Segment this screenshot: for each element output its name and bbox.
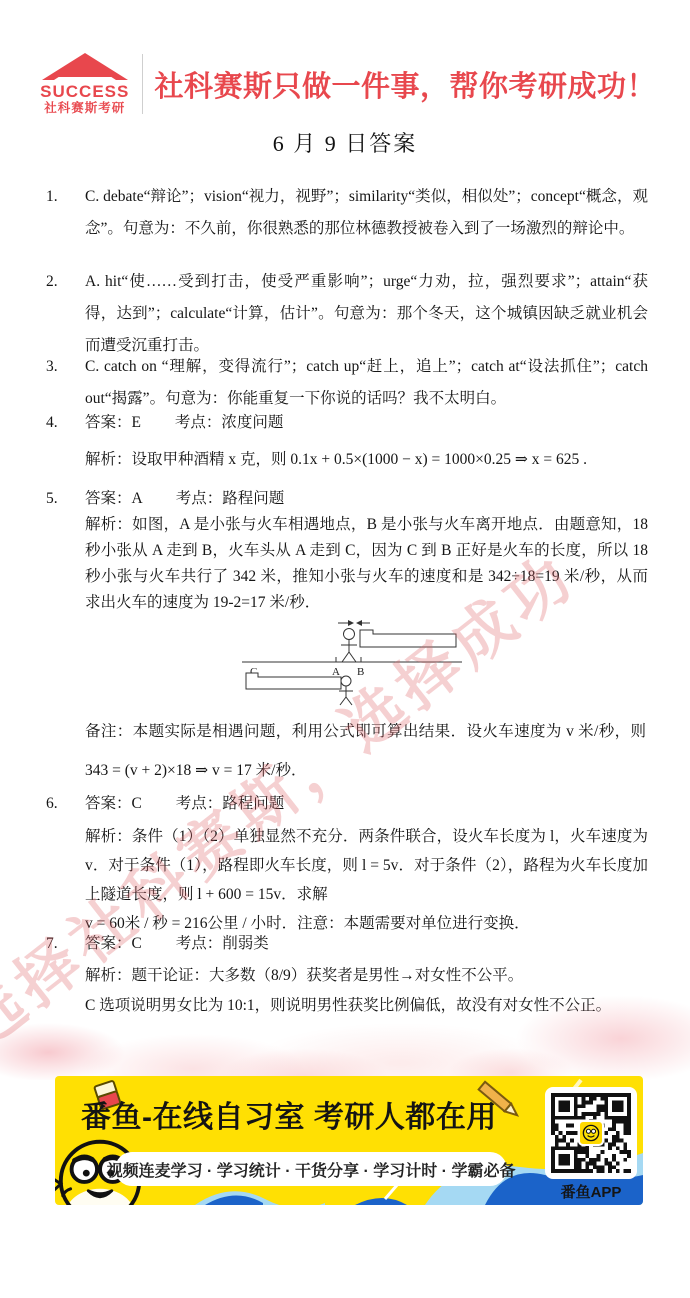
item-body: A. hit“使……受到打击，使受严重影响”；urge“力劝，拉，强烈要求”；a… bbox=[85, 266, 648, 362]
success-logo: SUCCESS 社科赛斯考研 bbox=[38, 53, 132, 115]
answer-item-6: 6. 答案：C 考点：路程问题 解析：条件（1）（2）单独显然不充分．两条件联合… bbox=[46, 789, 648, 938]
logo-sub-text: 社科赛斯考研 bbox=[38, 102, 132, 115]
banner-features: 视频连麦学习 · 学习统计 · 干货分享 · 学习计时 · 学霸必备 bbox=[115, 1152, 507, 1186]
person-icon-top bbox=[341, 629, 357, 663]
answer-value: 答案：C bbox=[85, 795, 142, 812]
label-b: B bbox=[357, 666, 364, 678]
topic-value: 考点：路程问题 bbox=[176, 795, 285, 812]
item-number: 7. bbox=[46, 929, 85, 1021]
train-shape-bottom bbox=[246, 673, 341, 689]
train-problem-diagram: C A B bbox=[238, 614, 468, 708]
item-number: 2. bbox=[46, 266, 85, 362]
answer-item-2: 2. A. hit“使……受到打击，使受严重影响”；urge“力劝，拉，强烈要求… bbox=[46, 266, 648, 362]
note-text: 备注：本题实际是相遇问题，利用公式即可算出结果．设火车速度为 v 米/秒，则 3… bbox=[85, 712, 646, 790]
item-number: 4. bbox=[46, 408, 85, 475]
item-number: 6. bbox=[46, 789, 85, 938]
answer-item-5: 5. 答案：A 考点：路程问题 解析：如图，A 是小张与火车相遇地点，B 是小张… bbox=[46, 486, 648, 616]
answer-value: 答案：C bbox=[85, 935, 142, 952]
item-number: 1. bbox=[46, 181, 85, 245]
qr-code[interactable] bbox=[545, 1087, 637, 1179]
answer-topic-line: 答案：C 考点：路程问题 bbox=[85, 789, 648, 818]
item-number: 3. bbox=[46, 351, 85, 415]
header-divider bbox=[142, 54, 143, 114]
answer-sheet-page: SUCCESS 社科赛斯考研 社科赛斯只做一件事，帮你考研成功！ 6 月 9 日… bbox=[0, 0, 690, 1298]
answer-topic-line: 答案：A 考点：路程问题 bbox=[85, 486, 648, 512]
qr-center-fish-icon bbox=[578, 1120, 604, 1146]
topic-value: 考点：浓度问题 bbox=[175, 414, 284, 431]
answer-topic-line: 答案：E 考点：浓度问题 bbox=[85, 408, 648, 438]
analysis-text-2: C 选项说明男女比为 10:1，则说明男性获奖比例偏低，故没有对女性不公正。 bbox=[85, 991, 648, 1021]
answer-item-7: 7. 答案：C 考点：削弱类 解析：题干论证：大多数（8/9）获奖者是男性→对女… bbox=[46, 929, 648, 1021]
label-a: A bbox=[332, 666, 340, 678]
arrows-icon bbox=[338, 620, 370, 626]
train-shape-top bbox=[360, 630, 456, 647]
analysis-text: 解析：如图，A 是小张与火车相遇地点，B 是小张与火车离开地点．由题意知，18 … bbox=[85, 512, 648, 616]
analysis-text: 解析：题干论证：大多数（8/9）获奖者是男性→对女性不公平。 bbox=[85, 961, 648, 991]
answer-value: 答案：E bbox=[85, 414, 141, 431]
topic-value: 考点：路程问题 bbox=[176, 490, 285, 507]
analysis-text: 解析：设取甲种酒精 x 克，则 0.1x + 0.5×(1000 − x) = … bbox=[85, 445, 648, 475]
answer-item-4: 4. 答案：E 考点：浓度问题 解析：设取甲种酒精 x 克，则 0.1x + 0… bbox=[46, 408, 648, 475]
answer-value: 答案：A bbox=[85, 490, 142, 507]
person-icon-bottom bbox=[339, 676, 353, 705]
page-title: 6 月 9 日答案 bbox=[0, 127, 690, 158]
qr-label: 番鱼APP bbox=[533, 1181, 643, 1202]
fanyu-app-ad-banner[interactable]: 番鱼-在线自习室 考研人都在用 视频连麦学习 · 学习统计 · 干货分享 · 学… bbox=[55, 1076, 643, 1205]
answer-item-3: 3. C. catch on “理解，变得流行”；catch up“赶上，追上”… bbox=[46, 351, 648, 415]
answer-item-1: 1. C. debate“辩论”；vision“视力，视野”；similarit… bbox=[46, 181, 648, 245]
answer-topic-line: 答案：C 考点：削弱类 bbox=[85, 929, 648, 959]
banner-title: 番鱼-在线自习室 考研人都在用 bbox=[81, 1092, 497, 1136]
logo-brand-text: SUCCESS bbox=[38, 83, 132, 101]
topic-value: 考点：削弱类 bbox=[176, 935, 269, 952]
analysis-text: 解析：条件（1）（2）单独显然不充分．两条件联合，设火车长度为 l，火车速度为 … bbox=[85, 822, 648, 909]
header-slogan: 社科赛斯只做一件事，帮你考研成功！ bbox=[154, 64, 656, 105]
header: SUCCESS 社科赛斯考研 社科赛斯只做一件事，帮你考研成功！ bbox=[38, 46, 656, 122]
item-number: 5. bbox=[46, 486, 85, 616]
item-body: C. catch on “理解，变得流行”；catch up“赶上，追上”；ca… bbox=[85, 351, 648, 415]
item-body: C. debate“辩论”；vision“视力，视野”；similarity“类… bbox=[85, 181, 648, 245]
roof-icon bbox=[42, 53, 128, 81]
